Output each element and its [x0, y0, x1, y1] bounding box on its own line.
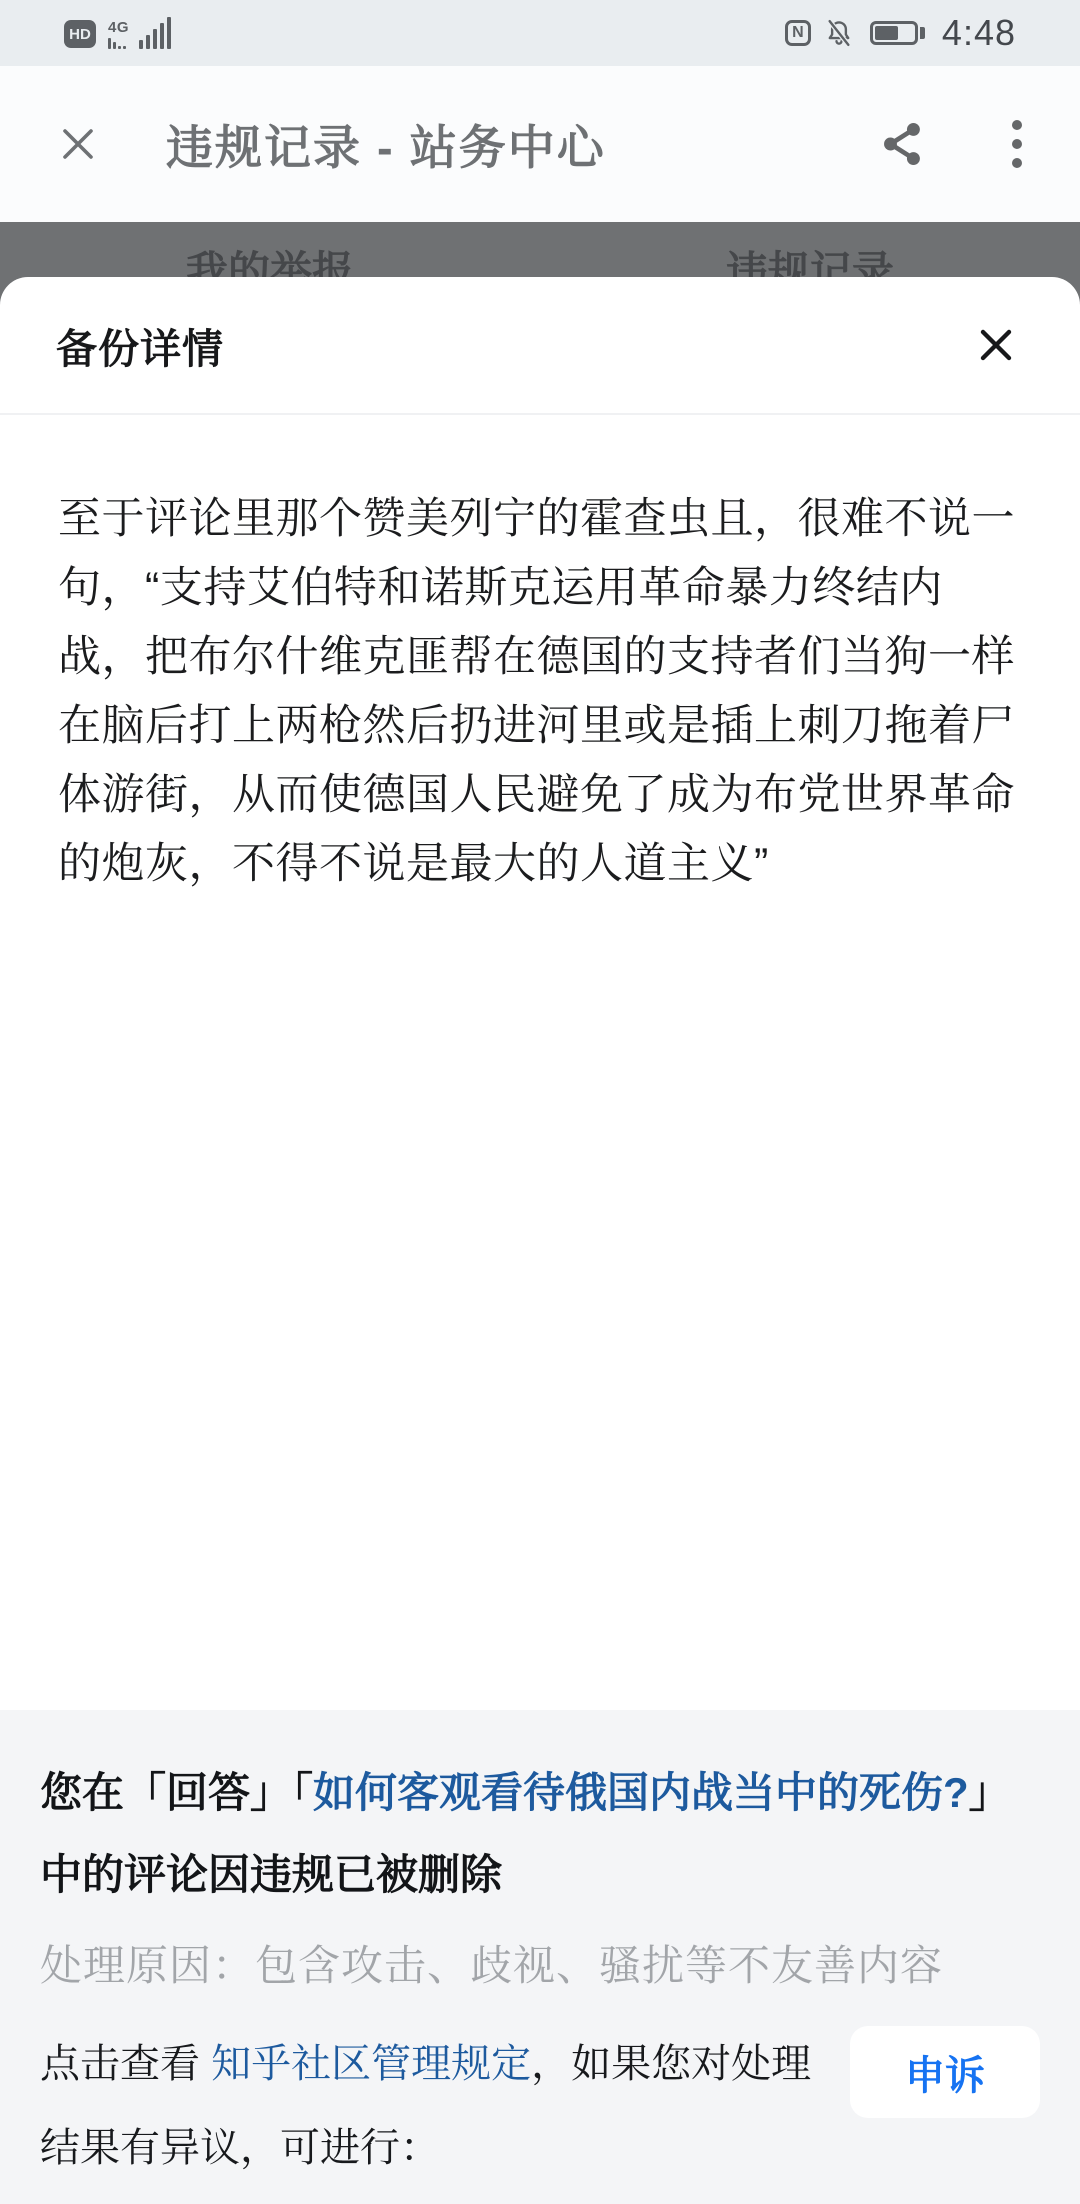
sheet-title: 备份详情 [56, 316, 224, 375]
backup-content-text: 至于评论里那个赞美列宁的霍查虫且，很难不说一句，“支持艾伯特和诺斯克运用革命暴力… [0, 415, 1080, 899]
appeal-pre-text: 点击查看 [40, 2042, 211, 2086]
signal-strength-icon [139, 17, 171, 49]
phone-screen: HD 4G N 4:48 [0, 0, 1080, 2204]
share-icon[interactable] [878, 117, 928, 171]
overflow-menu-icon[interactable] [1008, 116, 1026, 172]
appeal-button[interactable]: 申诉 [850, 2026, 1040, 2118]
community-rules-link[interactable]: 知乎社区管理规定 [211, 2042, 531, 2086]
app-header: 违规记录 - 站务中心 [0, 66, 1080, 222]
network-indicator: 4G [108, 21, 129, 49]
question-title-link[interactable]: 如何客观看待俄国内战当中的死伤? [313, 1769, 969, 1816]
battery-icon [870, 21, 925, 45]
handling-reason: 处理原因：包含攻击、歧视、骚扰等不友善内容 [40, 1938, 1040, 1994]
dimmed-page-overlay: 我的举报 违规记录 备份详情 至于评论里那个赞美列宁的霍查虫且，很难不说一句，“… [0, 222, 1080, 2204]
close-page-icon[interactable] [58, 122, 98, 166]
status-bar: HD 4G N 4:48 [0, 0, 1080, 66]
page-title: 违规记录 - 站务中心 [166, 111, 606, 178]
status-left-cluster: HD 4G [64, 17, 171, 49]
hd-volte-icon: HD [64, 20, 96, 48]
sim2-signal-icon [108, 37, 126, 49]
clock-time: 4:48 [942, 12, 1016, 54]
sheet-close-icon[interactable] [974, 323, 1018, 367]
appeal-instructions: 点击查看 知乎社区管理规定，如果您对处理结果有异议，可进行： [40, 2022, 822, 2190]
violation-notice-panel: 您在「回答」「如何客观看待俄国内战当中的死伤?」中的评论因违规已被删除 处理原因… [0, 1710, 1080, 2204]
violation-summary: 您在「回答」「如何客观看待俄国内战当中的死伤?」中的评论因违规已被删除 [40, 1752, 1040, 1916]
nfc-icon: N [785, 20, 811, 46]
notifications-muted-icon [824, 18, 854, 48]
notice-prefix: 您在「回答」「 [40, 1769, 313, 1816]
status-right-cluster: N 4:48 [785, 12, 1016, 54]
sheet-header: 备份详情 [0, 277, 1080, 415]
network-type-label: 4G [108, 21, 129, 35]
appeal-row: 点击查看 知乎社区管理规定，如果您对处理结果有异议，可进行： 申诉 [40, 2022, 1040, 2190]
backup-detail-sheet: 备份详情 至于评论里那个赞美列宁的霍查虫且，很难不说一句，“支持艾伯特和诺斯克运… [0, 277, 1080, 2204]
